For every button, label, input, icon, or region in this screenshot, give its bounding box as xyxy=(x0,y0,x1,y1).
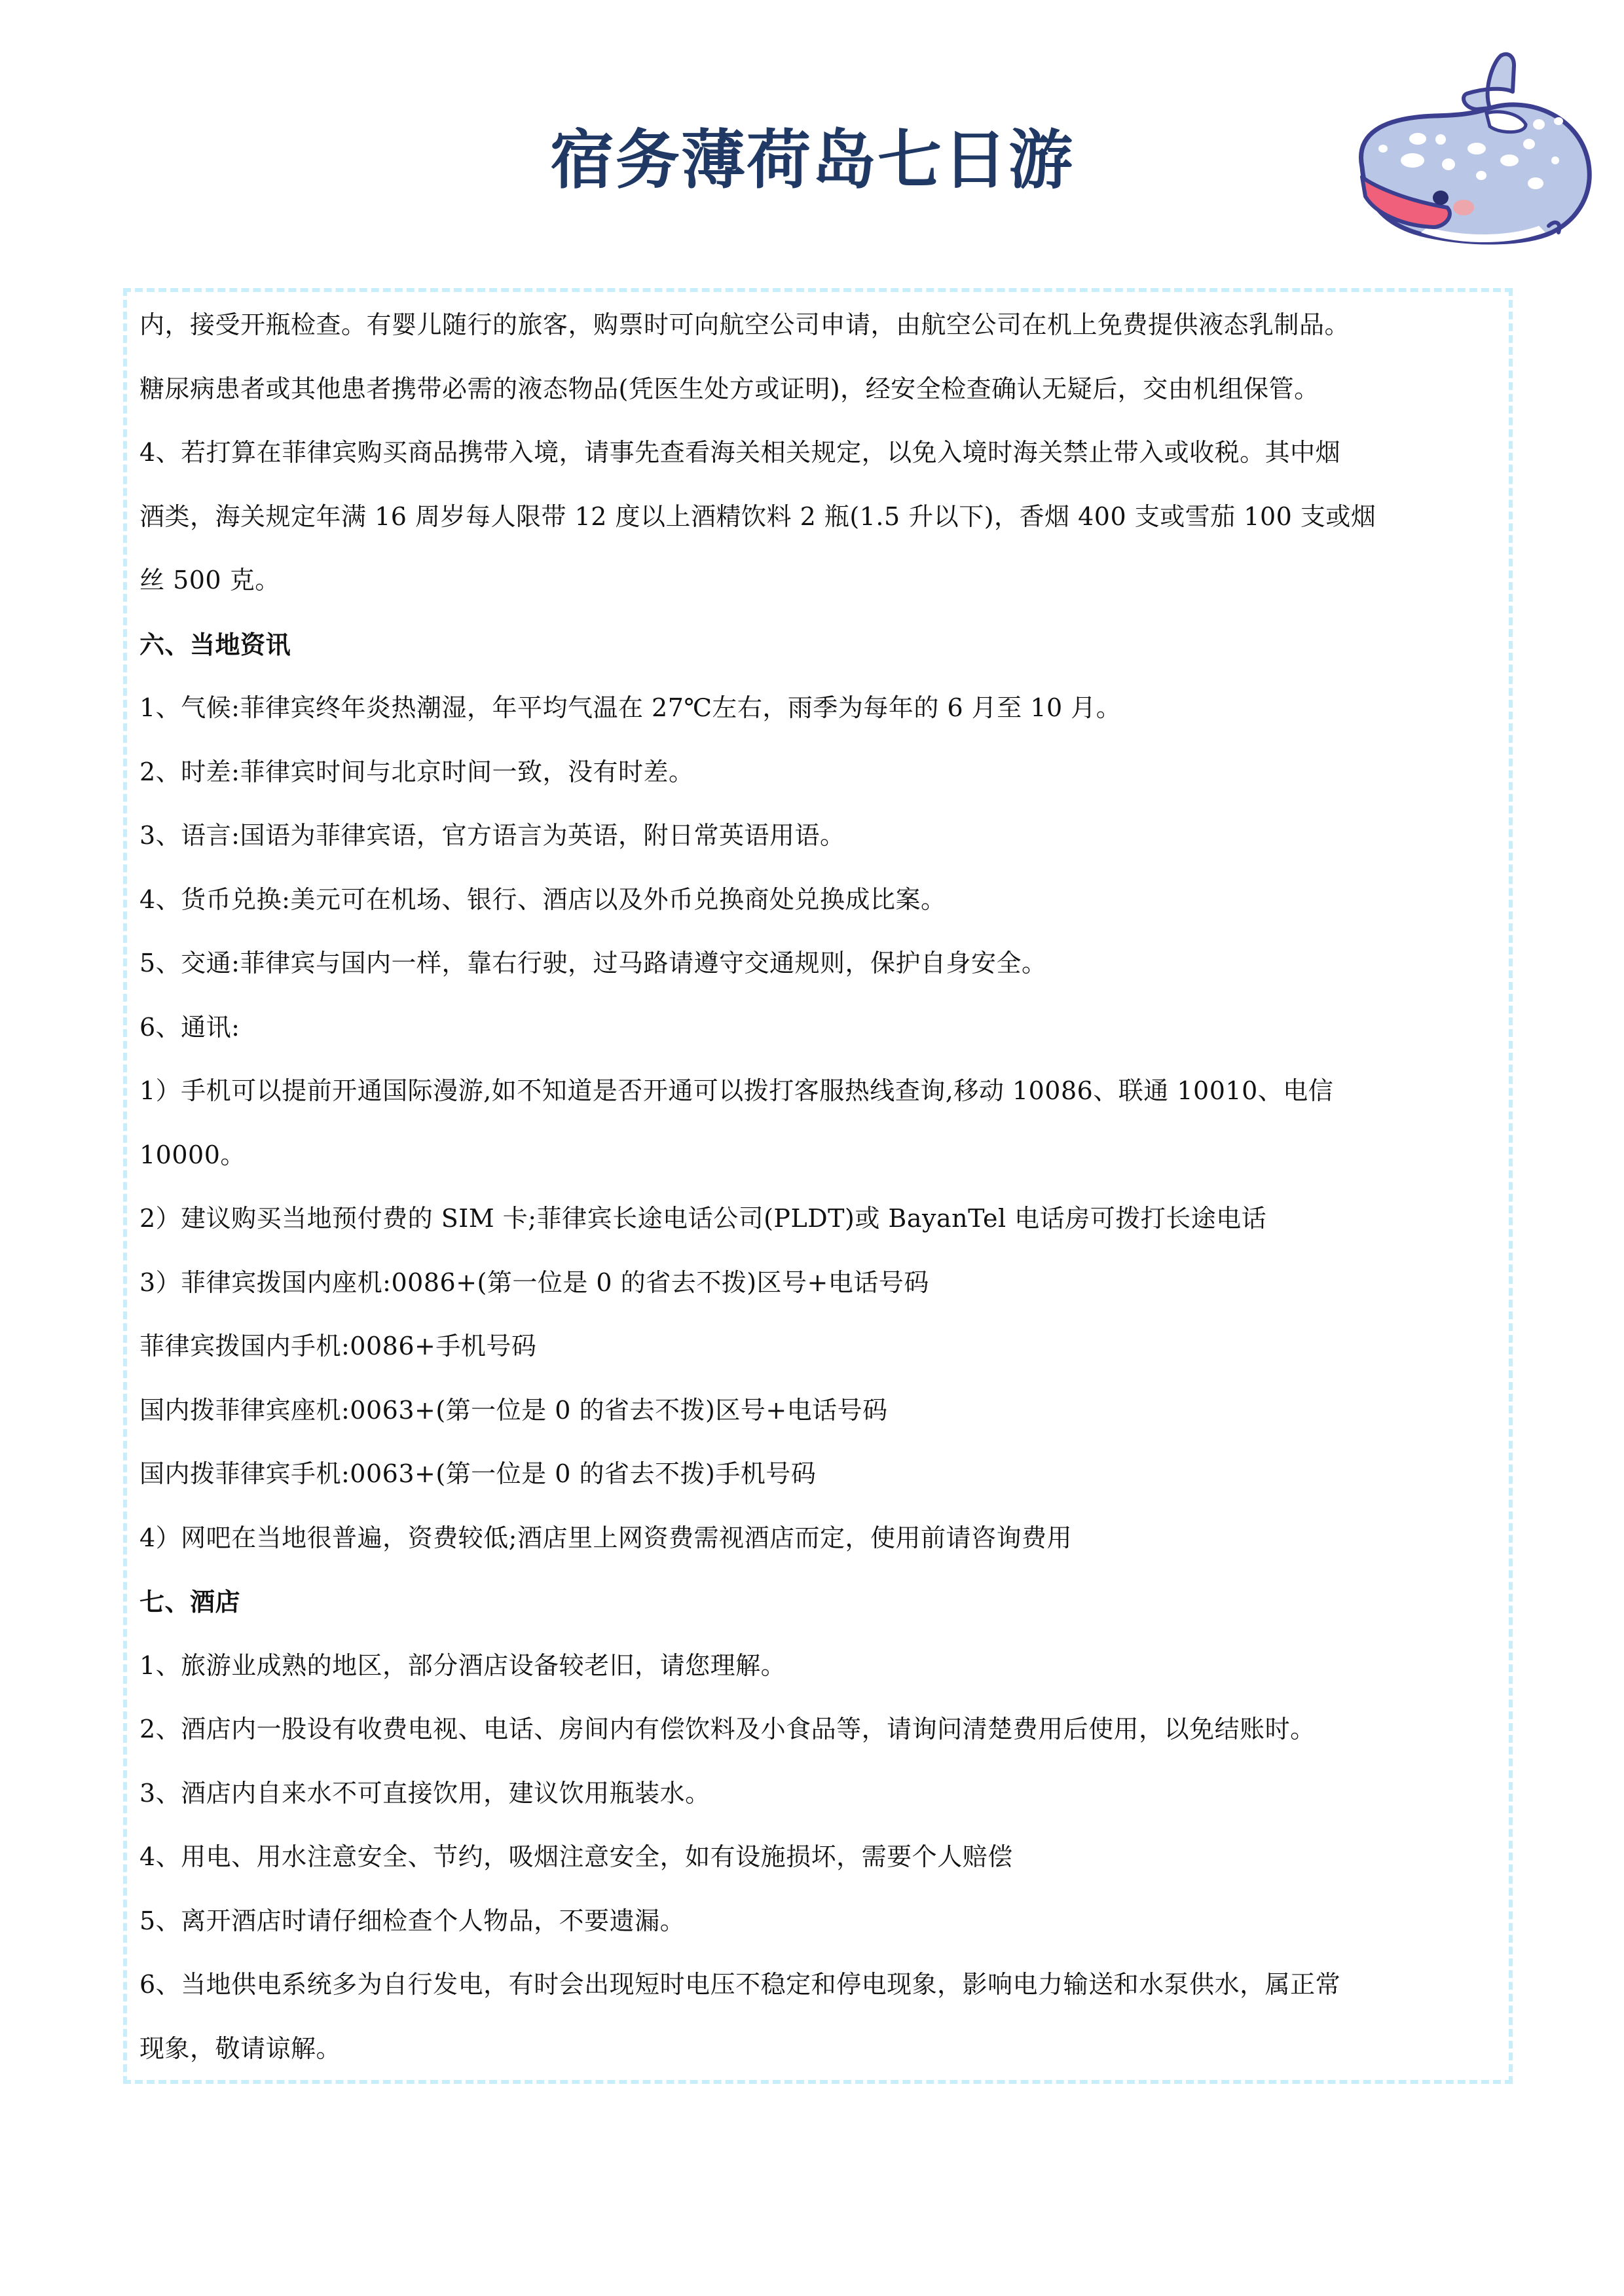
list-item: 国内拨菲律宾手机:0063+(第一位是 0 的省去不拨)手机号码 xyxy=(139,1442,1505,1506)
list-item: 菲律宾拨国内手机:0086+手机号码 xyxy=(139,1315,1505,1379)
document-body: 内，接受开瓶检查。有婴儿随行的旅客，购票时可向航空公司申请，由航空公司在机上免费… xyxy=(139,293,1505,2081)
whale-shark-icon xyxy=(1329,36,1604,259)
list-item: 3）菲律宾拨国内座机:0086+(第一位是 0 的省去不拨)区号+电话号码 xyxy=(139,1251,1505,1315)
list-item: 国内拨菲律宾座机:0063+(第一位是 0 的省去不拨)区号+电话号码 xyxy=(139,1379,1505,1443)
list-item: 2）建议购买当地预付费的 SIM 卡;菲律宾长途电话公司(PLDT)或 Baya… xyxy=(139,1187,1505,1251)
paragraph-line: 4、若打算在菲律宾购买商品携带入境，请事先查看海关相关规定，以免入境时海关禁止带… xyxy=(139,421,1505,485)
paragraph-line: 内，接受开瓶检查。有婴儿随行的旅客，购票时可向航空公司申请，由航空公司在机上免费… xyxy=(139,293,1505,357)
list-item: 6、通讯: xyxy=(139,996,1505,1060)
list-item: 6、当地供电系统多为自行发电，有时会出现短时电压不稳定和停电现象，影响电力输送和… xyxy=(139,1953,1505,2017)
list-item: 5、离开酒店时请仔细检查个人物品，不要遗漏。 xyxy=(139,1889,1505,1954)
list-item: 10000。 xyxy=(139,1123,1505,1188)
list-item: 1、旅游业成熟的地区，部分酒店设备较老旧，请您理解。 xyxy=(139,1634,1505,1698)
section-heading-hotel: 七、酒店 xyxy=(139,1570,1505,1634)
list-item: 现象，敬请谅解。 xyxy=(139,2017,1505,2081)
list-item: 1）手机可以提前开通国际漫游,如不知道是否开通可以拨打客服热线查询,移动 100… xyxy=(139,1059,1505,1123)
list-item: 4、用电、用水注意安全、节约，吸烟注意安全，如有设施损坏，需要个人赔偿 xyxy=(139,1825,1505,1889)
list-item: 4、货币兑换:美元可在机场、银行、酒店以及外币兑换商处兑换成比案。 xyxy=(139,868,1505,932)
paragraph-line: 酒类，海关规定年满 16 周岁每人限带 12 度以上酒精饮料 2 瓶(1.5 升… xyxy=(139,485,1505,549)
list-item: 5、交通:菲律宾与国内一样，靠右行驶，过马路请遵守交通规则，保护自身安全。 xyxy=(139,932,1505,996)
section-heading-local-info: 六、当地资讯 xyxy=(139,613,1505,677)
list-item: 1、气候:菲律宾终年炎热潮湿，年平均气温在 27℃左右，雨季为每年的 6 月至 … xyxy=(139,676,1505,740)
list-item: 3、语言:国语为菲律宾语，官方语言为英语，附日常英语用语。 xyxy=(139,804,1505,868)
paragraph-line: 丝 500 克。 xyxy=(139,549,1505,613)
list-item: 3、酒店内自来水不可直接饮用，建议饮用瓶装水。 xyxy=(139,1762,1505,1826)
list-item: 2、酒店内一股设有收费电视、电话、房间内有偿饮料及小食品等，请询问清楚费用后使用… xyxy=(139,1698,1505,1762)
list-item: 4）网吧在当地很普遍，资费较低;酒店里上网资费需视酒店而定，使用前请咨询费用 xyxy=(139,1506,1505,1571)
paragraph-line: 糖尿病患者或其他患者携带必需的液态物品(凭医生处方或证明)，经安全检查确认无疑后… xyxy=(139,357,1505,422)
list-item: 2、时差:菲律宾时间与北京时间一致，没有时差。 xyxy=(139,740,1505,805)
